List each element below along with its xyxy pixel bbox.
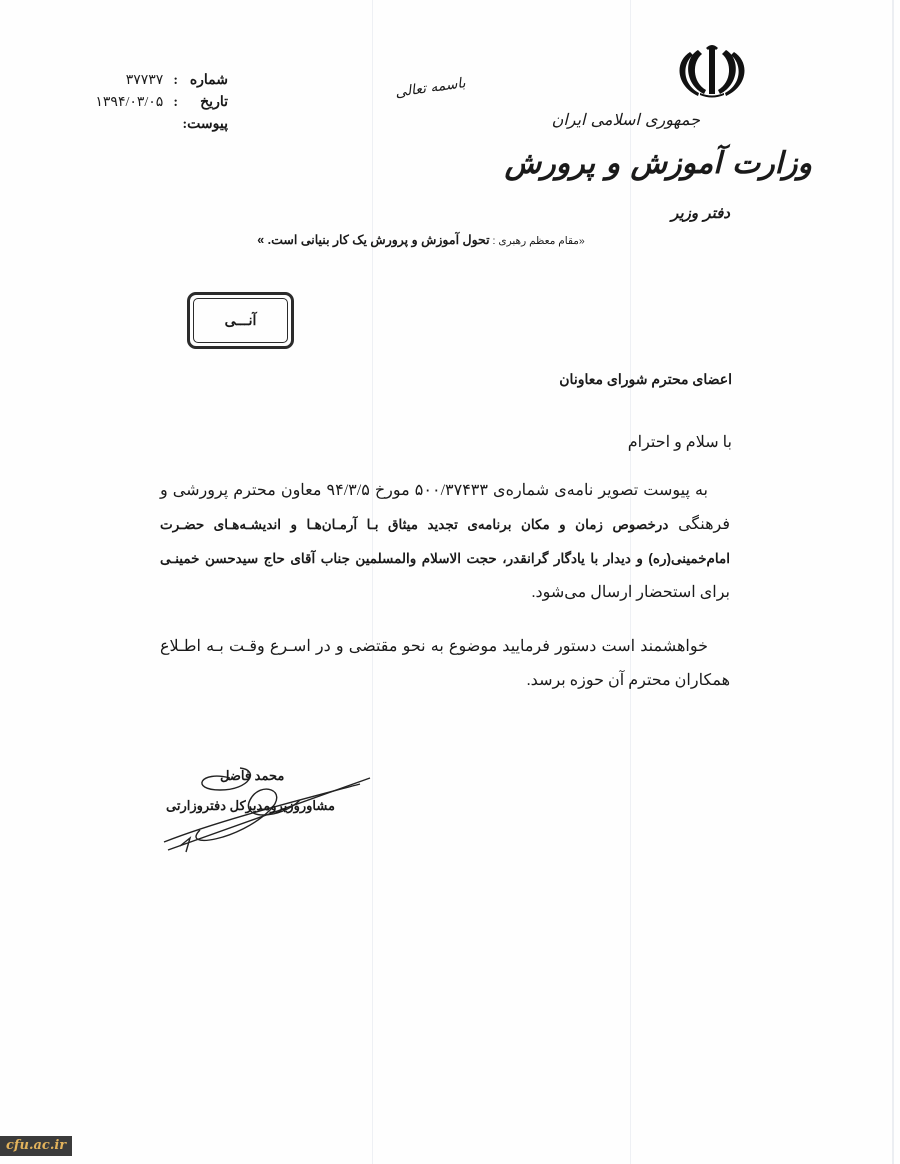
letter-meta: شماره : ۳۷۷۳۷ تاریخ : ۱۳۹۴/۰۳/۰۵ پیوست : bbox=[100, 72, 228, 138]
scan-edge bbox=[892, 0, 894, 1164]
republic-title: جمهوری اسلامی ایران bbox=[552, 110, 700, 129]
date-label: تاریخ bbox=[188, 94, 228, 111]
letter-page: جمهوری اسلامی ایران وزارت آموزش و پرورش … bbox=[0, 0, 900, 1164]
iran-emblem-icon bbox=[676, 40, 748, 98]
ministry-title: وزارت آموزش و پرورش bbox=[505, 146, 812, 181]
recipient: اعضای محترم شورای معاونان bbox=[559, 371, 732, 388]
number-value: ۳۷۷۳۷ bbox=[126, 72, 164, 89]
body-paragraph-2: خواهشمند است دستور فرمایید موضوع به نحو … bbox=[160, 630, 730, 698]
office-title: دفتر وزیر bbox=[671, 204, 730, 222]
signatory-title: مشاوروزیرومدیرکل دفتروزارتی bbox=[166, 798, 335, 814]
basmala: باسمه تعالی bbox=[394, 75, 466, 101]
colon: : bbox=[173, 73, 178, 89]
site-watermark: cfu.ac.ir bbox=[0, 1136, 72, 1156]
number-row: شماره : ۳۷۷۳۷ bbox=[100, 72, 228, 94]
paragraph-1-bold: درخصوص زمان و مکان برنامه‌ی تجدید میثاق … bbox=[160, 517, 730, 566]
urgent-stamp: آنـــی bbox=[187, 292, 294, 349]
urgent-stamp-label: آنـــی bbox=[193, 298, 288, 343]
quote-close: » bbox=[257, 233, 267, 247]
body-paragraph-1: به پیوست تصویر نامه‌ی شماره‌ی ۵۰۰/۳۷۴۳۳ … bbox=[160, 474, 730, 610]
number-label: شماره bbox=[188, 72, 228, 89]
quote-open: « bbox=[579, 235, 585, 247]
signatory-name: محمد فاضل bbox=[220, 768, 284, 784]
greeting: با سلام و احترام bbox=[628, 432, 732, 452]
paragraph-1-part-2: برای استحضار ارسال می‌شود. bbox=[531, 584, 730, 601]
quote-attribution: مقام معظم رهبری : bbox=[490, 235, 579, 247]
date-row: تاریخ : ۱۳۹۴/۰۳/۰۵ bbox=[100, 94, 228, 116]
quote-text: تحول آموزش و پرورش یک کار بنیانی است. bbox=[268, 233, 490, 247]
colon: : bbox=[173, 95, 178, 111]
date-value: ۱۳۹۴/۰۳/۰۵ bbox=[95, 94, 163, 111]
leader-quote: «مقام معظم رهبری : تحول آموزش و پرورش یک… bbox=[236, 232, 606, 247]
attachment-label: پیوست bbox=[187, 116, 228, 133]
attachment-row: پیوست : bbox=[100, 116, 228, 138]
colon: : bbox=[182, 117, 187, 133]
